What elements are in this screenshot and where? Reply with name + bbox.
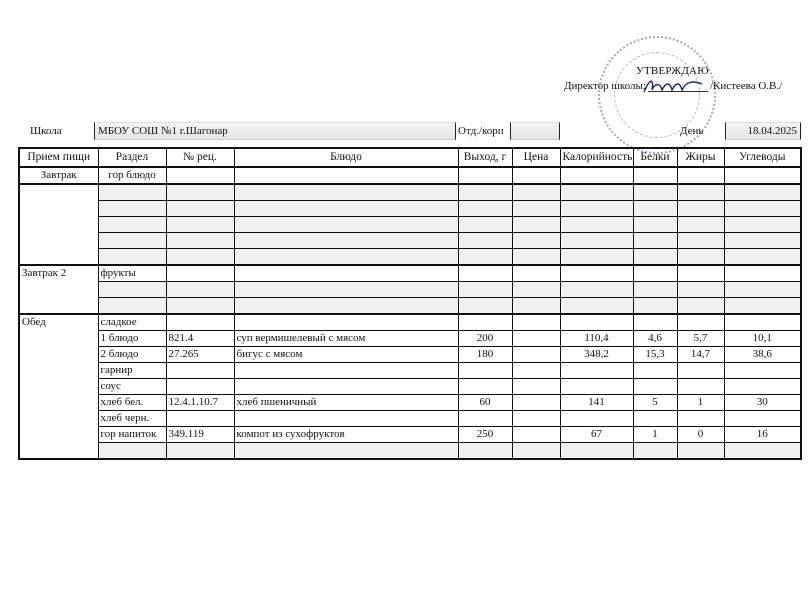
cell-carbs [724, 314, 801, 331]
cell-recipe [166, 443, 234, 460]
cell-dish: хлеб пшеничный [234, 395, 458, 411]
cell-carbs: 30 [724, 395, 801, 411]
cell-protein: 4,6 [633, 331, 677, 347]
cell-section [98, 217, 166, 233]
cell-dish: суп вермишелевый с мясом [234, 331, 458, 347]
cell-protein: 1 [633, 427, 677, 443]
cell-section: гарнир [98, 363, 166, 379]
cell-fat: 1 [677, 395, 724, 411]
table-row [19, 249, 801, 266]
cell-kcal: 110,4 [560, 331, 633, 347]
cell-kcal [560, 265, 633, 282]
cell-dish [234, 184, 458, 201]
table-row: 1 блюдо821.4суп вермишелевый с мясом2001… [19, 331, 801, 347]
cell-protein [633, 184, 677, 201]
cell-yield [458, 201, 512, 217]
col-header-kcal: Калорийность [560, 148, 633, 167]
col-header-price: Цена [512, 148, 560, 167]
cell-carbs [724, 167, 801, 184]
cell-kcal [560, 443, 633, 460]
cell-section: гор блюдо [98, 167, 166, 184]
signature-line [648, 91, 708, 92]
cell-recipe [166, 265, 234, 282]
col-header-protein: Белки [633, 148, 677, 167]
cell-yield [458, 184, 512, 201]
table-row [19, 201, 801, 217]
cell-fat [677, 167, 724, 184]
cell-price [512, 347, 560, 363]
cell-protein [633, 282, 677, 298]
cell-dish [234, 217, 458, 233]
cell-carbs [724, 443, 801, 460]
cell-recipe [166, 184, 234, 201]
col-header-dish: Блюдо [234, 148, 458, 167]
cell-dish [234, 298, 458, 315]
col-header-section: Раздел [98, 148, 166, 167]
cell-fat [677, 411, 724, 427]
cell-section: хлеб бел. [98, 395, 166, 411]
cell-section: фрукты [98, 265, 166, 282]
cell-carbs [724, 379, 801, 395]
table-row: Завтрак 2фрукты [19, 265, 801, 282]
cell-fat [677, 201, 724, 217]
cell-protein [633, 314, 677, 331]
cell-fat [677, 233, 724, 249]
cell-fat [677, 443, 724, 460]
cell-dish [234, 249, 458, 266]
cell-carbs: 16 [724, 427, 801, 443]
cell-yield [458, 314, 512, 331]
cell-recipe: 349.119 [166, 427, 234, 443]
cell-section: соус [98, 379, 166, 395]
cell-price [512, 395, 560, 411]
cell-section [98, 233, 166, 249]
cell-kcal [560, 282, 633, 298]
cell-protein [633, 233, 677, 249]
cell-kcal [560, 314, 633, 331]
cell-carbs [724, 363, 801, 379]
cell-dish [234, 167, 458, 184]
cell-kcal [560, 201, 633, 217]
cell-price [512, 233, 560, 249]
cell-section: гор напиток [98, 427, 166, 443]
cell-protein [633, 217, 677, 233]
cell-yield: 200 [458, 331, 512, 347]
cell-section: хлеб черн. [98, 411, 166, 427]
cell-dish [234, 282, 458, 298]
table-row: гарнир [19, 363, 801, 379]
cell-section [98, 443, 166, 460]
cell-fat [677, 379, 724, 395]
cell-carbs: 38,6 [724, 347, 801, 363]
cell-kcal: 141 [560, 395, 633, 411]
cell-recipe [166, 314, 234, 331]
dept-label: Отд./корп [458, 122, 504, 140]
cell-price [512, 217, 560, 233]
cell-dish [234, 411, 458, 427]
cell-carbs [724, 233, 801, 249]
cell-protein [633, 379, 677, 395]
table-row [19, 443, 801, 460]
cell-recipe: 821.4 [166, 331, 234, 347]
col-header-recipe: № рец. [166, 148, 234, 167]
table-row: хлеб бел.12.4.1.10.7хлеб пшеничный601415… [19, 395, 801, 411]
director-line: Директор школы:/Кистеева О.В./ [564, 80, 782, 92]
col-header-yield: Выход, г [458, 148, 512, 167]
cell-recipe [166, 298, 234, 315]
cell-price [512, 379, 560, 395]
cell-kcal [560, 217, 633, 233]
cell-kcal [560, 233, 633, 249]
table-row: Завтракгор блюдо [19, 167, 801, 184]
cell-section [98, 201, 166, 217]
cell-recipe [166, 411, 234, 427]
day-label: День [680, 122, 703, 140]
cell-kcal [560, 184, 633, 201]
cell-price [512, 265, 560, 282]
cell-protein [633, 298, 677, 315]
cell-price [512, 298, 560, 315]
cell-fat [677, 282, 724, 298]
cell-yield [458, 298, 512, 315]
cell-yield [458, 379, 512, 395]
cell-carbs: 10,1 [724, 331, 801, 347]
cell-price [512, 249, 560, 266]
cell-dish [234, 379, 458, 395]
cell-recipe [166, 363, 234, 379]
menu-table: Прием пищи Раздел № рец. Блюдо Выход, г … [18, 147, 802, 460]
cell-fat: 14,7 [677, 347, 724, 363]
cell-recipe [166, 249, 234, 266]
school-label: Школа [30, 122, 62, 140]
cell-price [512, 184, 560, 201]
cell-yield [458, 411, 512, 427]
table-row [19, 298, 801, 315]
cell-dish: компот из сухофруктов [234, 427, 458, 443]
cell-section [98, 282, 166, 298]
cell-meal: Завтрак 2 [19, 265, 98, 314]
approval-title: УТВЕРЖДАЮ [636, 65, 709, 77]
cell-price [512, 314, 560, 331]
cell-section: сладкое [98, 314, 166, 331]
cell-dish [234, 265, 458, 282]
day-field[interactable]: 18.04.2025 [725, 122, 801, 140]
col-header-meal: Прием пищи [19, 148, 98, 167]
cell-protein [633, 249, 677, 266]
cell-carbs [724, 282, 801, 298]
cell-protein: 15,3 [633, 347, 677, 363]
table-row [19, 282, 801, 298]
cell-kcal [560, 379, 633, 395]
cell-kcal [560, 298, 633, 315]
cell-price [512, 411, 560, 427]
cell-price [512, 427, 560, 443]
cell-meal: Обед [19, 314, 98, 459]
table-row: 2 блюдо27.265бигус с мясом180348,215,314… [19, 347, 801, 363]
table-row [19, 217, 801, 233]
cell-dish [234, 201, 458, 217]
cell-protein [633, 411, 677, 427]
cell-fat [677, 298, 724, 315]
cell-kcal [560, 411, 633, 427]
director-name: /Кистеева О.В./ [710, 80, 782, 92]
cell-yield [458, 363, 512, 379]
col-header-fat: Жиры [677, 148, 724, 167]
cell-protein: 5 [633, 395, 677, 411]
cell-meal: Завтрак [19, 167, 98, 184]
cell-protein [633, 167, 677, 184]
cell-carbs [724, 201, 801, 217]
cell-recipe: 12.4.1.10.7 [166, 395, 234, 411]
cell-carbs [724, 298, 801, 315]
table-header-row: Прием пищи Раздел № рец. Блюдо Выход, г … [19, 148, 801, 167]
cell-carbs [724, 249, 801, 266]
cell-carbs [724, 265, 801, 282]
cell-yield [458, 265, 512, 282]
cell-carbs [724, 217, 801, 233]
cell-protein [633, 363, 677, 379]
cell-section [98, 184, 166, 201]
school-field[interactable]: МБОУ СОШ №1 г.Шагонар [94, 122, 456, 140]
cell-dish [234, 443, 458, 460]
cell-fat [677, 265, 724, 282]
cell-fat [677, 363, 724, 379]
cell-dish [234, 233, 458, 249]
cell-kcal: 67 [560, 427, 633, 443]
cell-kcal [560, 167, 633, 184]
col-header-carbs: Углеводы [724, 148, 801, 167]
table-row [19, 184, 801, 201]
cell-price [512, 331, 560, 347]
cell-meal [19, 184, 98, 265]
cell-yield: 60 [458, 395, 512, 411]
cell-fat [677, 249, 724, 266]
cell-protein [633, 265, 677, 282]
cell-section: 1 блюдо [98, 331, 166, 347]
cell-dish: бигус с мясом [234, 347, 458, 363]
cell-protein [633, 443, 677, 460]
dept-field[interactable] [510, 122, 560, 140]
cell-recipe [166, 379, 234, 395]
cell-price [512, 167, 560, 184]
cell-yield [458, 167, 512, 184]
cell-yield: 250 [458, 427, 512, 443]
cell-kcal [560, 249, 633, 266]
cell-dish [234, 314, 458, 331]
cell-recipe [166, 167, 234, 184]
cell-fat [677, 184, 724, 201]
cell-recipe [166, 217, 234, 233]
cell-price [512, 201, 560, 217]
cell-yield [458, 282, 512, 298]
cell-price [512, 282, 560, 298]
cell-recipe [166, 233, 234, 249]
cell-dish [234, 363, 458, 379]
cell-fat [677, 217, 724, 233]
table-row: гор напиток349.119компот из сухофруктов2… [19, 427, 801, 443]
cell-yield: 180 [458, 347, 512, 363]
cell-recipe: 27.265 [166, 347, 234, 363]
cell-yield [458, 443, 512, 460]
cell-fat [677, 314, 724, 331]
cell-yield [458, 249, 512, 266]
table-row: хлеб черн. [19, 411, 801, 427]
cell-kcal [560, 363, 633, 379]
cell-carbs [724, 184, 801, 201]
cell-price [512, 363, 560, 379]
director-position: Директор школы: [564, 80, 646, 92]
cell-protein [633, 201, 677, 217]
cell-yield [458, 233, 512, 249]
cell-yield [458, 217, 512, 233]
approval-block: УТВЕРЖДАЮ Директор школы:/Кистеева О.В./ [0, 0, 811, 110]
cell-carbs [724, 411, 801, 427]
cell-fat: 0 [677, 427, 724, 443]
cell-section: 2 блюдо [98, 347, 166, 363]
table-row: Обедсладкое [19, 314, 801, 331]
table-row: соус [19, 379, 801, 395]
cell-section [98, 298, 166, 315]
cell-section [98, 249, 166, 266]
cell-recipe [166, 201, 234, 217]
cell-recipe [166, 282, 234, 298]
table-row [19, 233, 801, 249]
cell-kcal: 348,2 [560, 347, 633, 363]
cell-fat: 5,7 [677, 331, 724, 347]
cell-price [512, 443, 560, 460]
